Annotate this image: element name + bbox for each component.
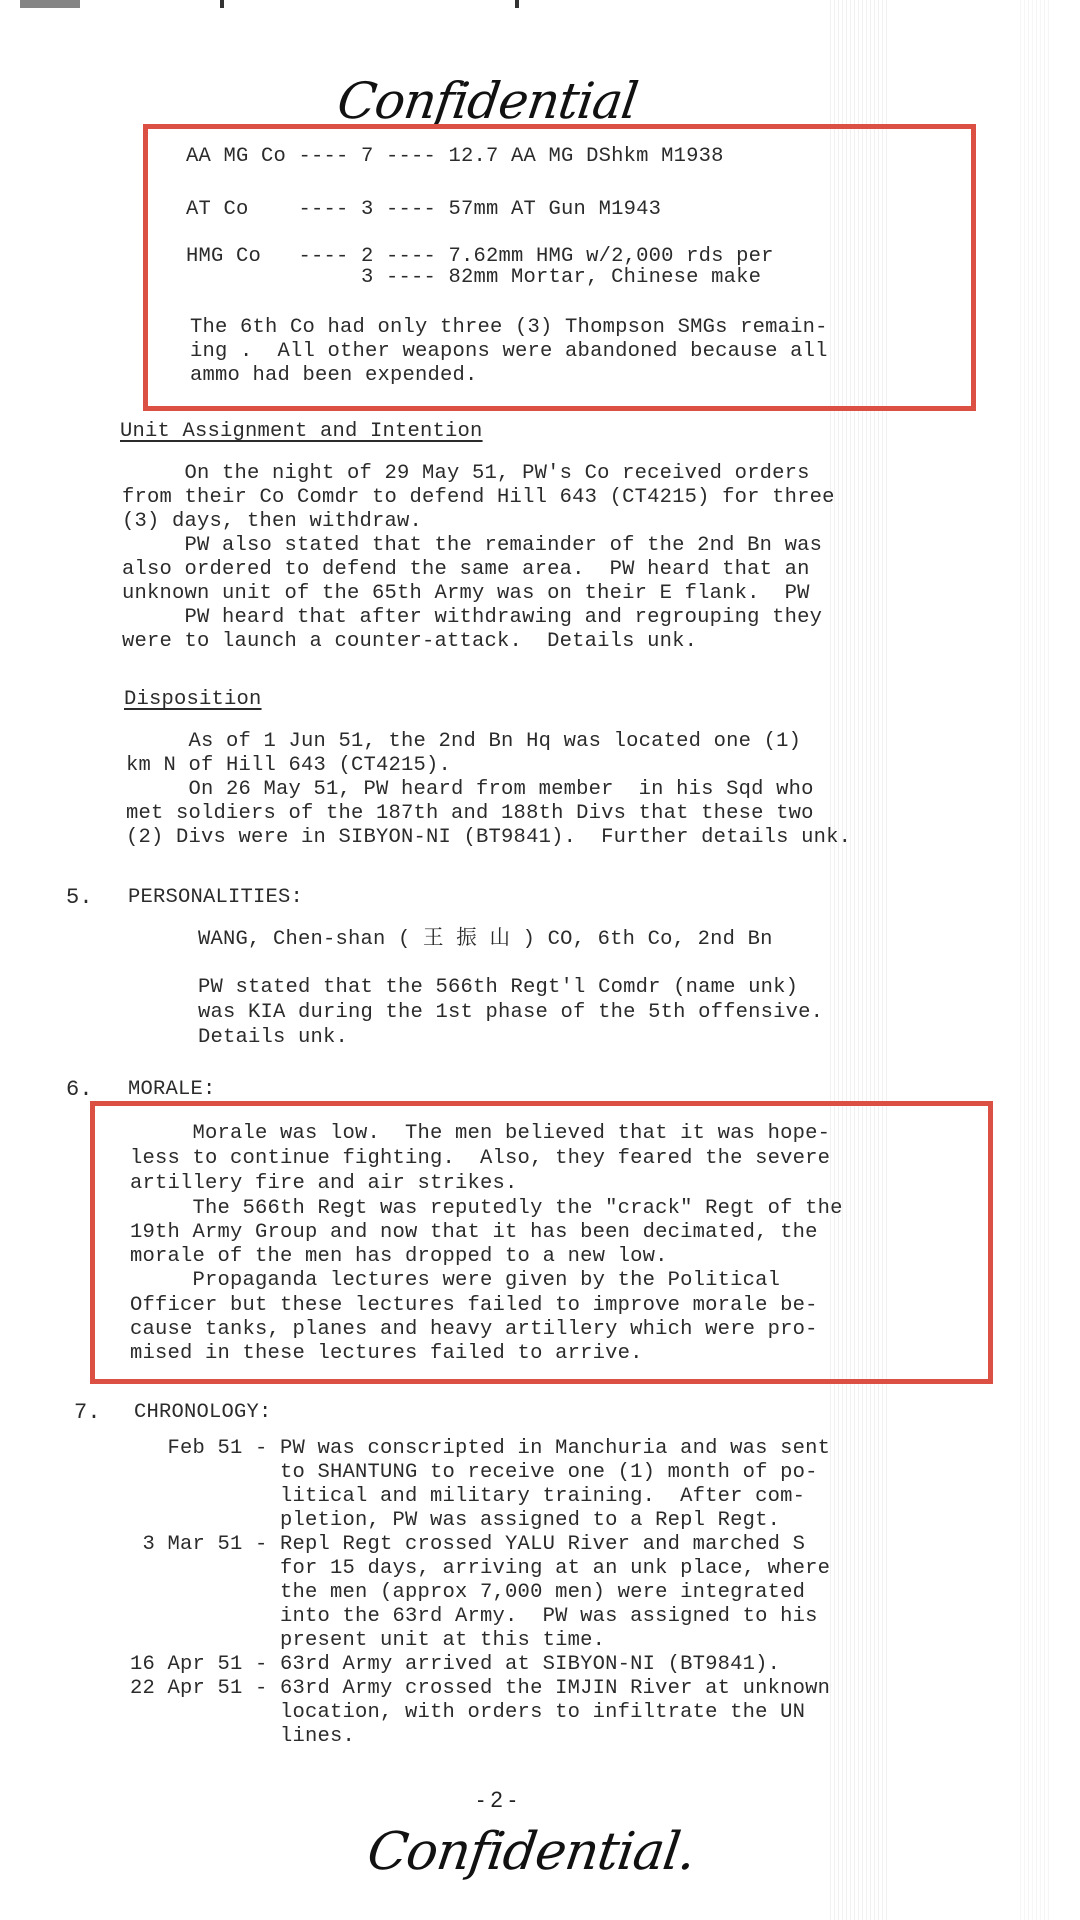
body-line: 19th Army Group and now that it has been… [130, 1221, 818, 1245]
body-line: The 566th Regt was reputedly the "crack"… [130, 1197, 843, 1221]
body-line: Officer but these lectures failed to imp… [130, 1294, 818, 1318]
section-number: 5. [66, 886, 93, 910]
body-line: Propaganda lectures were given by the Po… [130, 1269, 780, 1293]
chronology-line: 16 Apr 51 - 63rd Army arrived at SIBYON-… [130, 1653, 780, 1677]
body-line: less to continue fighting. Also, they fe… [130, 1147, 830, 1171]
body-line: artillery fire and air strikes. [130, 1172, 518, 1196]
chronology-line: to SHANTUNG to receive one (1) month of … [130, 1461, 818, 1485]
chronology-line: Feb 51 - PW was conscripted in Manchuria… [130, 1437, 830, 1461]
body-line: km N of Hill 643 (CT4215). [126, 754, 451, 778]
note-line: ammo had been expended. [190, 364, 478, 388]
body-line: Morale was low. The men believed that it… [130, 1122, 830, 1146]
chronology-line: pletion, PW was assigned to a Repl Regt. [130, 1509, 780, 1533]
body-line: On the night of 29 May 51, PW's Co recei… [122, 462, 810, 486]
page-number: - 2 - [477, 1787, 516, 1813]
body-line: Details unk. [198, 1026, 348, 1050]
body-line: cause tanks, planes and heavy artillery … [130, 1318, 818, 1342]
unit-assignment-heading: Unit Assignment and Intention [120, 420, 483, 444]
cropped-top-text [515, 0, 519, 8]
chronology-line: 3 Mar 51 - Repl Regt crossed YALU River … [130, 1533, 805, 1557]
body-line: unknown unit of the 65th Army was on the… [122, 582, 810, 606]
chronology-heading: CHRONOLOGY: [134, 1401, 272, 1425]
body-line: met soldiers of the 187th and 188th Divs… [126, 802, 814, 826]
chronology-line: for 15 days, arriving at an unk place, w… [130, 1557, 830, 1581]
weapons-row: 3 ---- 82mm Mortar, Chinese make [186, 266, 761, 290]
chronology-line: 22 Apr 51 - 63rd Army crossed the IMJIN … [130, 1677, 830, 1701]
weapons-row: AT Co ---- 3 ---- 57mm AT Gun M1943 [186, 198, 661, 222]
chronology-line: the men (approx 7,000 men) were integrat… [130, 1581, 805, 1605]
chronology-line: lines. [130, 1725, 355, 1749]
chronology-line: litical and military training. After com… [130, 1485, 805, 1509]
chronology-line: present unit at this time. [130, 1629, 605, 1653]
confidential-stamp-bottom: Confidential. [364, 1822, 699, 1882]
chronology-line: location, with orders to infiltrate the … [130, 1701, 805, 1725]
cropped-top-text [20, 0, 80, 8]
body-line: mised in these lectures failed to arrive… [130, 1342, 643, 1366]
cropped-top-text [220, 0, 224, 8]
body-line: morale of the men has dropped to a new l… [130, 1245, 668, 1269]
weapons-row: AA MG Co ---- 7 ---- 12.7 AA MG DShkm M1… [186, 145, 724, 169]
body-line: (3) days, then withdraw. [122, 510, 422, 534]
note-line: The 6th Co had only three (3) Thompson S… [190, 316, 828, 340]
body-line: PW heard that after withdrawing and regr… [122, 606, 822, 630]
body-line: (2) Divs were in SIBYON-NI (BT9841). Fur… [126, 826, 851, 850]
body-line: also ordered to defend the same area. PW… [122, 558, 810, 582]
morale-heading: MORALE: [128, 1078, 216, 1102]
body-line: PW also stated that the remainder of the… [122, 534, 822, 558]
chronology-line: into the 63rd Army. PW was assigned to h… [130, 1605, 818, 1629]
personality-name: WANG, Chen-shan ( 王 振 山 ) CO, 6th Co, 2n… [198, 928, 773, 952]
confidential-stamp-top: Confidential [334, 72, 641, 130]
personalities-heading: PERSONALITIES: [128, 886, 303, 910]
body-line: from their Co Comdr to defend Hill 643 (… [122, 486, 835, 510]
body-line: PW stated that the 566th Regt'l Comdr (n… [198, 976, 798, 1000]
section-number: 6. [66, 1078, 93, 1102]
section-number: 7. [74, 1401, 101, 1425]
disposition-heading: Disposition [124, 688, 262, 712]
note-line: ing . All other weapons were abandoned b… [190, 340, 828, 364]
body-line: was KIA during the 1st phase of the 5th … [198, 1001, 823, 1025]
scan-noise-band [1020, 0, 1050, 1920]
body-line: were to launch a counter-attack. Details… [122, 630, 697, 654]
body-line: As of 1 Jun 51, the 2nd Bn Hq was locate… [126, 730, 801, 754]
body-line: On 26 May 51, PW heard from member in hi… [126, 778, 814, 802]
